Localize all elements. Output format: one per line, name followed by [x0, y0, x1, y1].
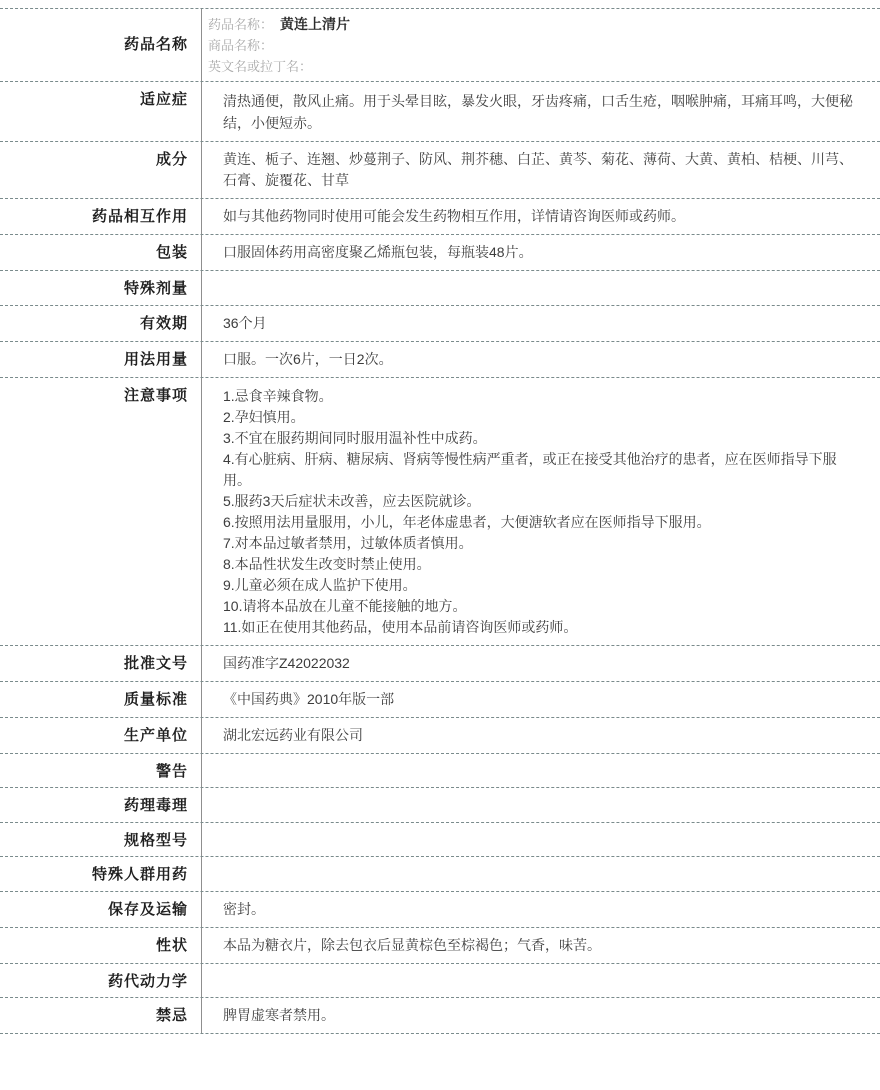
- precaution-item: 10.请将本品放在儿童不能接触的地方。: [223, 596, 854, 617]
- table-row-precautions: 注意事项 1.忌食辛辣食物。 2.孕妇慎用。 3.不宜在服药期间同时服用温补性中…: [0, 378, 880, 646]
- row-label: 药理毒理: [0, 788, 202, 822]
- precaution-item: 4.有心脏病、肝病、糖尿病、肾病等慢性病严重者，或正在接受其他治疗的患者，应在医…: [223, 449, 854, 491]
- row-value: 清热通便，散风止痛。用于头晕目眩，暴发火眼，牙齿疼痛，口舌生疮，咽喉肿痛，耳痛耳…: [202, 82, 880, 141]
- row-value: [202, 788, 880, 822]
- row-value: 湖北宏远药业有限公司: [202, 718, 880, 753]
- row-label: 保存及运输: [0, 892, 202, 927]
- precaution-item: 7.对本品过敏者禁用，过敏体质者慎用。: [223, 533, 854, 554]
- row-value: [202, 754, 880, 788]
- precaution-item: 11.如正在使用其他药品，使用本品前请咨询医师或药师。: [223, 617, 854, 638]
- row-value: 国药准字Z42022032: [202, 646, 880, 681]
- row-value: [202, 823, 880, 857]
- table-row-pharmacology-toxicology: 药理毒理: [0, 788, 880, 823]
- row-label: 成分: [0, 142, 202, 198]
- row-value: 《中国药典》2010年版一部: [202, 682, 880, 717]
- row-label: 包装: [0, 235, 202, 270]
- trade-name-line: 商品名称：: [208, 35, 870, 56]
- row-label: 生产单位: [0, 718, 202, 753]
- drug-info-table: 药品名称 药品名称：黄连上清片 商品名称： 英文名或拉丁名： 适应症 清热通便，…: [0, 8, 880, 1034]
- row-value: 36个月: [202, 306, 880, 341]
- table-row-shelf-life: 有效期 36个月: [0, 306, 880, 342]
- row-label: 用法用量: [0, 342, 202, 377]
- table-row-dosage-usage: 用法用量 口服。一次6片，一日2次。: [0, 342, 880, 378]
- row-label-drug-name: 药品名称: [0, 9, 202, 81]
- trade-name-key: 商品名称：: [208, 38, 273, 53]
- row-label: 警告: [0, 754, 202, 788]
- latin-name-key: 英文名或拉丁名：: [208, 59, 312, 74]
- precaution-item: 6.按照用法用量服用，小儿，年老体虚患者，大便溏软者应在医师指导下服用。: [223, 512, 854, 533]
- precaution-item: 1.忌食辛辣食物。: [223, 386, 854, 407]
- precaution-item: 2.孕妇慎用。: [223, 407, 854, 428]
- row-value: 脾胃虚寒者禁用。: [202, 998, 880, 1033]
- row-value: 密封。: [202, 892, 880, 927]
- table-row-manufacturer: 生产单位 湖北宏远药业有限公司: [0, 718, 880, 754]
- row-label: 规格型号: [0, 823, 202, 857]
- row-value: 本品为糖衣片，除去包衣后显黄棕色至棕褐色；气香，味苦。: [202, 928, 880, 963]
- row-value: 黄连、栀子、连翘、炒蔓荆子、防风、荆芥穗、白芷、黄芩、菊花、薄荷、大黄、黄柏、桔…: [202, 142, 880, 198]
- table-row-warning: 警告: [0, 754, 880, 789]
- table-row-storage-transport: 保存及运输 密封。: [0, 892, 880, 928]
- row-label: 有效期: [0, 306, 202, 341]
- table-row-contraindications: 禁忌 脾胃虚寒者禁用。: [0, 998, 880, 1034]
- row-value: 如与其他药物同时使用可能会发生药物相互作用，详情请咨询医师或药师。: [202, 199, 880, 234]
- drug-name-value: 黄连上清片: [280, 16, 350, 32]
- row-label: 禁忌: [0, 998, 202, 1033]
- drug-name-line: 药品名称：黄连上清片: [208, 14, 870, 35]
- table-row-packaging: 包装 口服固体药用高密度聚乙烯瓶包装，每瓶装48片。: [0, 235, 880, 271]
- precaution-item: 8.本品性状发生改变时禁止使用。: [223, 554, 854, 575]
- row-value-drug-name: 药品名称：黄连上清片 商品名称： 英文名或拉丁名：: [202, 9, 880, 81]
- table-row-drug-interactions: 药品相互作用 如与其他药物同时使用可能会发生药物相互作用，详情请咨询医师或药师。: [0, 199, 880, 235]
- row-label: 质量标准: [0, 682, 202, 717]
- table-row-quality-standard: 质量标准 《中国药典》2010年版一部: [0, 682, 880, 718]
- row-label: 特殊剂量: [0, 271, 202, 305]
- precaution-item: 5.服药3天后症状未改善，应去医院就诊。: [223, 491, 854, 512]
- table-row-composition: 成分 黄连、栀子、连翘、炒蔓荆子、防风、荆芥穗、白芷、黄芩、菊花、薄荷、大黄、黄…: [0, 142, 880, 199]
- table-row-special-dosage: 特殊剂量: [0, 271, 880, 306]
- row-value: [202, 964, 880, 998]
- row-label: 特殊人群用药: [0, 857, 202, 891]
- latin-name-line: 英文名或拉丁名：: [208, 56, 870, 77]
- row-label: 药品相互作用: [0, 199, 202, 234]
- precaution-item: 3.不宜在服药期间同时服用温补性中成药。: [223, 428, 854, 449]
- row-label: 批准文号: [0, 646, 202, 681]
- table-row-specification: 规格型号: [0, 823, 880, 858]
- table-row-pharmacokinetics: 药代动力学: [0, 964, 880, 999]
- row-value: 口服。一次6片，一日2次。: [202, 342, 880, 377]
- row-label: 适应症: [0, 82, 202, 141]
- table-row-drug-name: 药品名称 药品名称：黄连上清片 商品名称： 英文名或拉丁名：: [0, 9, 880, 82]
- row-value: 1.忌食辛辣食物。 2.孕妇慎用。 3.不宜在服药期间同时服用温补性中成药。 4…: [202, 378, 880, 645]
- table-row-special-populations: 特殊人群用药: [0, 857, 880, 892]
- table-row-description: 性状 本品为糖衣片，除去包衣后显黄棕色至棕褐色；气香，味苦。: [0, 928, 880, 964]
- table-row-approval-number: 批准文号 国药准字Z42022032: [0, 646, 880, 682]
- precaution-item: 9.儿童必须在成人监护下使用。: [223, 575, 854, 596]
- row-label: 注意事项: [0, 378, 202, 645]
- row-value: [202, 271, 880, 305]
- drug-name-key: 药品名称：: [208, 17, 273, 32]
- row-label: 药代动力学: [0, 964, 202, 998]
- row-value: 口服固体药用高密度聚乙烯瓶包装，每瓶装48片。: [202, 235, 880, 270]
- row-value: [202, 857, 880, 891]
- row-label: 性状: [0, 928, 202, 963]
- table-row-indications: 适应症 清热通便，散风止痛。用于头晕目眩，暴发火眼，牙齿疼痛，口舌生疮，咽喉肿痛…: [0, 82, 880, 142]
